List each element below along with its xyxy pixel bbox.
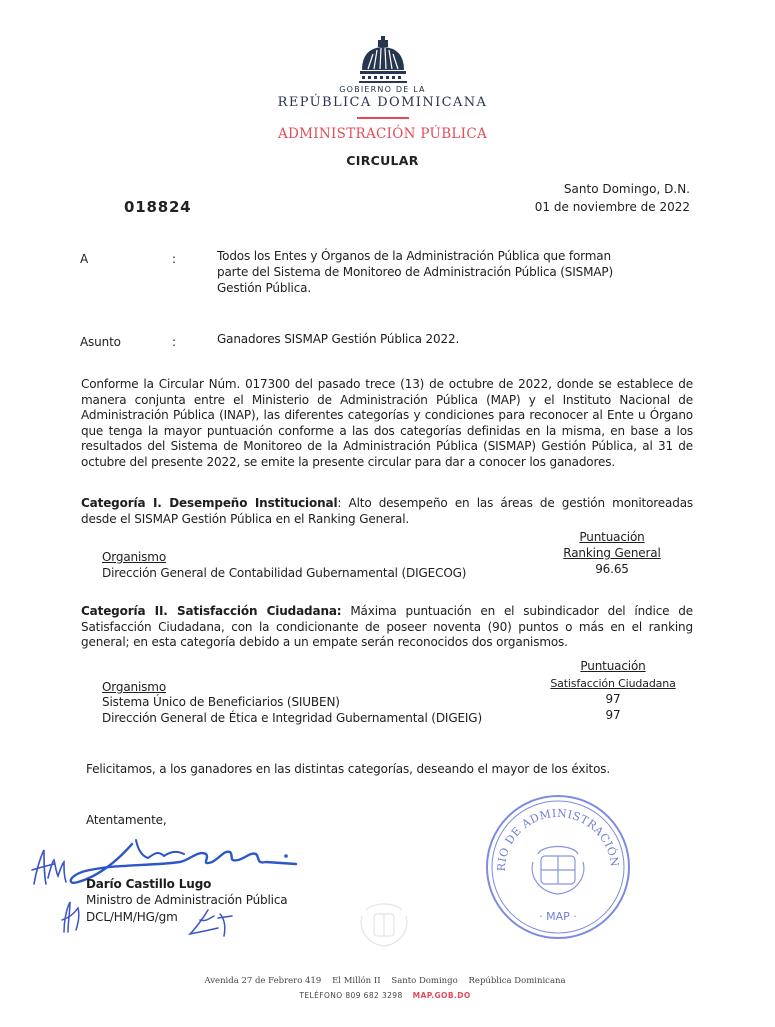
subject-label: Asunto: [80, 335, 121, 351]
embossed-seal-icon: [352, 896, 416, 952]
recipient-text: Todos los Entes y Órganos de la Administ…: [217, 248, 637, 296]
initials-gm-icon: [188, 906, 238, 938]
category-1-score-header: Puntuación: [548, 530, 676, 546]
date: 01 de noviembre de 2022: [535, 198, 690, 216]
place: Santo Domingo, D.N.: [535, 180, 690, 198]
category-2-score-row: 97: [540, 708, 686, 724]
signer-name: Darío Castillo Lugo: [86, 877, 211, 893]
official-stamp-icon: MINISTERIO DE ADMINISTRACIÓN PÚBLICA · M…: [483, 792, 633, 942]
category-2-score-header: Puntuación: [540, 659, 686, 675]
svg-text:MINISTERIO DE ADMINISTRACIÓN P: MINISTERIO DE ADMINISTRACIÓN PÚBLICA: [483, 792, 621, 872]
header-institution: ADMINISTRACIÓN PÚBLICA: [230, 126, 535, 142]
header-republica: REPÚBLICA DOMINICANA: [240, 95, 525, 110]
header-gobierno: GOBIERNO DE LA: [270, 85, 495, 94]
congratulations-text: Felicitamos, a los ganadores en las dist…: [86, 762, 610, 778]
category-2-org-row: Dirección General de Ética e Integridad …: [102, 711, 482, 727]
category-1-org-header: Organismo: [102, 550, 166, 566]
signer-title: Ministro de Administración Pública: [86, 893, 288, 909]
category-1-description: Categoría I. Desempeño Institucional: Al…: [81, 496, 693, 527]
subject-colon: :: [172, 335, 176, 351]
category-1-score-row: 96.65: [548, 562, 676, 578]
footer-address: Avenida 27 de Febrero 419 El Millón II S…: [150, 976, 620, 986]
recipient-label: A: [80, 252, 88, 268]
category-1-score-subheader: Ranking General: [548, 546, 676, 562]
footer-website-link[interactable]: MAP.GOB.DO: [413, 991, 471, 1000]
footer-phone: TELÉFONO 809 682 3298: [299, 991, 402, 1000]
category-2-score-subheader: Satisfacción Ciudadana: [540, 676, 686, 692]
document-type: CIRCULAR: [300, 153, 465, 168]
category-1-org-row: Dirección General de Contabilidad Gubern…: [102, 566, 466, 582]
category-1-title: Categoría I. Desempeño Institucional: [81, 496, 337, 510]
svg-text:· MAP ·: · MAP ·: [539, 910, 577, 923]
initials-hm-icon: [28, 846, 68, 888]
initials-hg-icon: [58, 898, 84, 934]
body-paragraph: Conforme la Circular Núm. 017300 del pas…: [81, 377, 693, 470]
category-2-description: Categoría II. Satisfacción Ciudadana: Má…: [81, 604, 693, 651]
category-2-org-row: Sistema Único de Beneficiarios (SIUBEN): [102, 695, 340, 711]
place-date: Santo Domingo, D.N. 01 de noviembre de 2…: [535, 180, 690, 216]
salutation: Atentamente,: [86, 813, 167, 829]
subject-text: Ganadores SISMAP Gestión Pública 2022.: [217, 332, 459, 348]
reference-initials: DCL/HM/HG/gm: [86, 910, 178, 926]
category-2-title: Categoría II. Satisfacción Ciudadana:: [81, 604, 341, 618]
government-dome-logo-icon: [358, 36, 408, 84]
header-divider: [357, 117, 409, 119]
circular-number: 018824: [124, 198, 191, 216]
category-2-org-header: Organismo: [102, 680, 166, 696]
footer-contact: TELÉFONO 809 682 3298MAP.GOB.DO: [200, 991, 570, 1000]
category-2-score-row: 97: [540, 692, 686, 708]
recipient-colon: :: [172, 252, 176, 268]
